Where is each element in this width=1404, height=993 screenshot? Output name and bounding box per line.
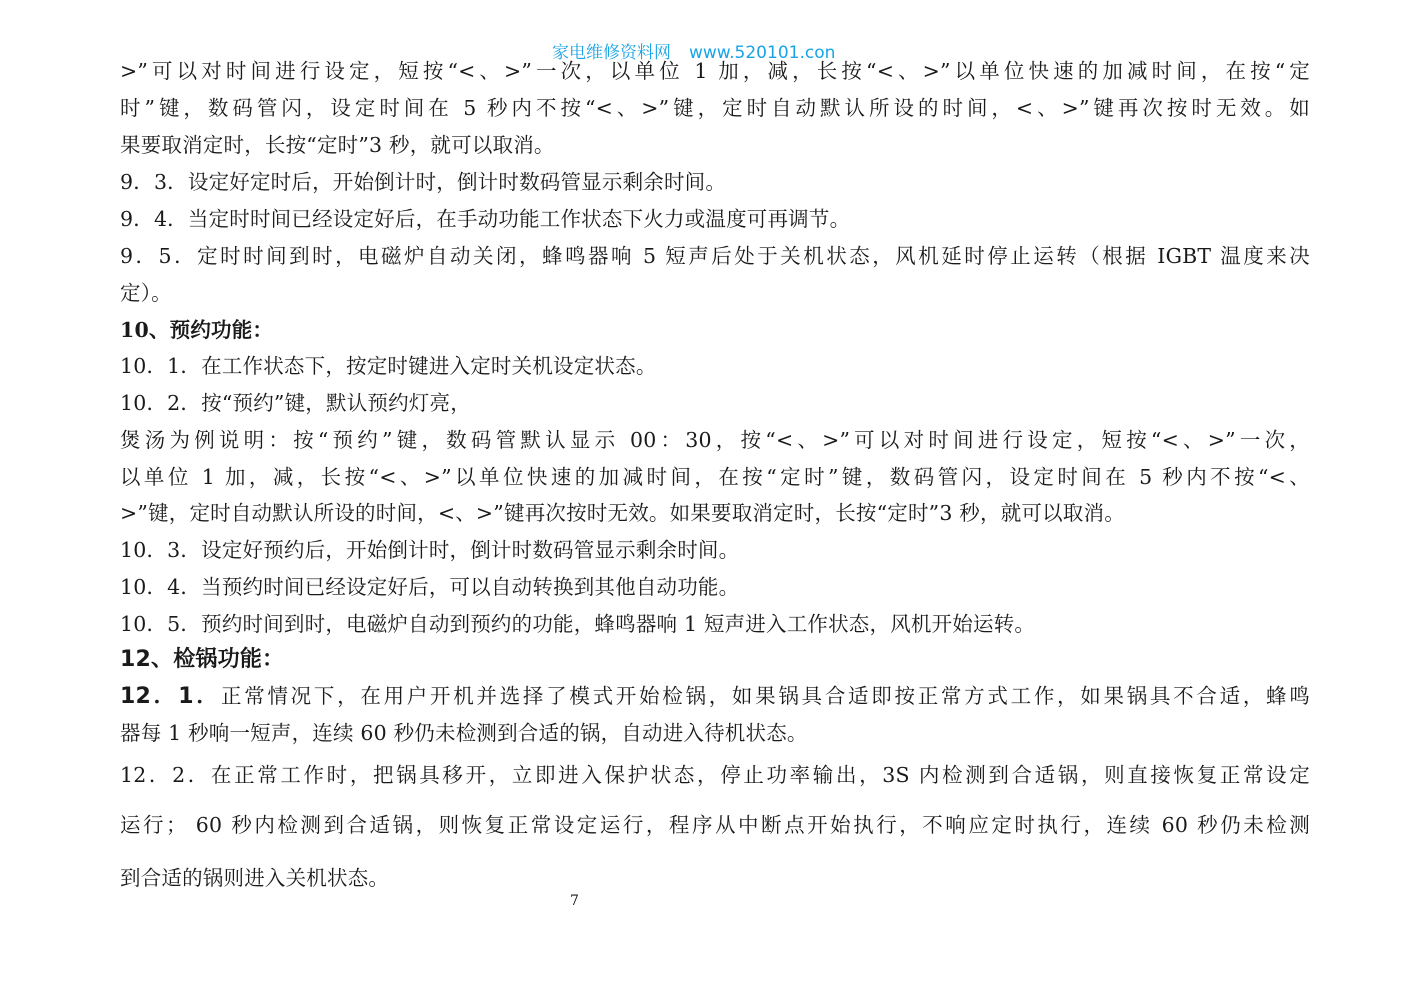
item-9-4: 9．4．当定时时间已经设定好后，在手动功能工作状态下火力或温度可再调节。: [120, 202, 850, 232]
paragraph-line: 运行； 60 秒内检测到合适锅，则恢复正常设定运行，程序从中断点开始执行，不响应…: [120, 808, 1310, 838]
paragraph-line: >”键，定时自动默认所设的时间，<、>”键再次按时无效。如果要取消定时，长按“定…: [120, 496, 1125, 526]
paragraph-line: >”可以对时间进行设定，短按“<、>”一次，以单位 1 加，减，长按“<、>”以…: [120, 54, 1310, 84]
item-12-1-number: 12．1．: [120, 684, 221, 709]
paragraph-line: 煲汤为例说明：按“预约”键，数码管默认显示 00：30，按“<、>”可以对时间进…: [120, 423, 1310, 453]
paragraph-line: 以单位 1 加，减，长按“<、>”以单位快速的加减时间，在按“定时”键，数码管闪…: [120, 460, 1310, 490]
paragraph-line: 定）。: [120, 276, 172, 306]
item-9-3: 9．3．设定好定时后，开始倒计时，倒计时数码管显示剩余时间。: [120, 165, 726, 195]
item-12-2: 12．2．在正常工作时，把锅具移开，立即进入保护状态，停止功率输出，3S 内检测…: [120, 758, 1310, 788]
item-10-4: 10．4．当预约时间已经设定好后，可以自动转换到其他自动功能。: [120, 570, 739, 600]
paragraph-line: 时”键，数码管闪，设定时间在 5 秒内不按“<、>”键，定时自动默认所设的时间，…: [120, 91, 1310, 121]
item-10-1: 10．1．在工作状态下，按定时键进入定时关机设定状态。: [120, 349, 657, 379]
section-heading-12: 12、检锅功能：: [120, 642, 284, 673]
item-9-5: 9．5．定时时间到时，电磁炉自动关闭，蜂鸣器响 5 短声后处于关机状态，风机延时…: [120, 239, 1310, 269]
section-heading-10: 10、预约功能：: [120, 313, 273, 343]
paragraph-line: 果要取消定时，长按“定时”3 秒，就可以取消。: [120, 128, 555, 158]
item-10-2: 10．2．按“预约”键，默认预约灯亮，: [120, 386, 471, 416]
item-12-1: 12．1．正常情况下，在用户开机并选择了模式开始检锅，如果锅具合适即按正常方式工…: [120, 679, 1310, 710]
item-12-1-text: 正常情况下，在用户开机并选择了模式开始检锅，如果锅具合适即按正常方式工作，如果锅…: [221, 684, 1310, 708]
item-10-3: 10．3．设定好预约后，开始倒计时，倒计时数码管显示剩余时间。: [120, 533, 739, 563]
paragraph-line: 到合适的锅则进入关机状态。: [120, 861, 389, 891]
paragraph-line: 器每 1 秒响一短声，连续 60 秒仍未检测到合适的锅，自动进入待机状态。: [120, 716, 808, 746]
page-number: 7: [570, 893, 579, 909]
item-10-5: 10．5．预约时间到时，电磁炉自动到预约的功能，蜂鸣器响 1 短声进入工作状态，…: [120, 607, 1035, 637]
